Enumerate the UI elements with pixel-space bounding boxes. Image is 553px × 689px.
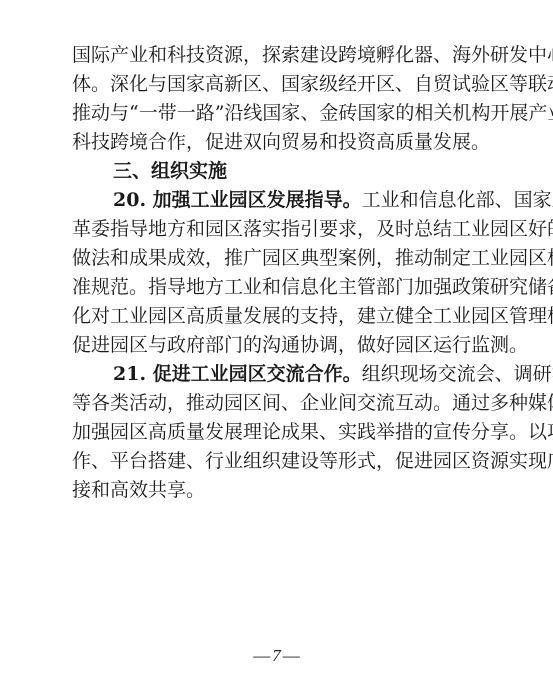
text-line: 促进园区与政府部门的沟通协调，做好园区运行监测。 xyxy=(72,331,486,360)
item-20-paragraph: 20. 加强工业园区发展指导。工业和信息化部、国家发展改 革委指导地方和园区落实… xyxy=(72,186,486,360)
text-line: 体。深化与国家高新区、国家级经开区、自贸试验区等联动发展， xyxy=(72,70,486,99)
section-heading: 三、组织实施 xyxy=(72,157,486,186)
item-21-first-line: 21. 促进工业园区交流合作。组织现场交流会、调研深度行 xyxy=(72,360,486,389)
item-21-paragraph: 21. 促进工业园区交流合作。组织现场交流会、调研深度行 等各类活动，推动园区间… xyxy=(72,360,486,505)
item-20-first-line-text: 工业和信息化部、国家发展改 xyxy=(362,189,553,211)
text-line: 等各类活动，推动园区间、企业间交流互动。通过多种媒体方式， xyxy=(72,389,486,418)
text-line: 接和高效共享。 xyxy=(72,476,486,505)
dash-left: — xyxy=(253,646,270,665)
item-20-first-line: 20. 加强工业园区发展指导。工业和信息化部、国家发展改 xyxy=(72,186,486,215)
dash-right: — xyxy=(283,646,300,665)
text-line: 科技跨境合作，促进双向贸易和投资高质量发展。 xyxy=(72,128,486,157)
page-number: —7— xyxy=(0,646,553,666)
item-21-title: 21. 促进工业园区交流合作。 xyxy=(113,363,362,385)
text-line: 国际产业和科技资源，探索建设跨境孵化器、海外研发中心等载 xyxy=(72,41,486,70)
text-line: 做法和成果成效，推广园区典型案例，推动制定工业园区相关标 xyxy=(72,244,486,273)
text-line: 推动与“一带一路”沿线国家、金砖国家的相关机构开展产业和 xyxy=(72,99,486,128)
continuation-paragraph: 国际产业和科技资源，探索建设跨境孵化器、海外研发中心等载 体。深化与国家高新区、… xyxy=(72,41,486,157)
text-line: 革委指导地方和园区落实指引要求，及时总结工业园区好的经验 xyxy=(72,215,486,244)
text-line: 作、平台搭建、行业组织建设等形式，促进园区资源实现广泛连 xyxy=(72,447,486,476)
text-line: 准规范。指导地方工业和信息化主管部门加强政策研究储备，强 xyxy=(72,273,486,302)
text-line: 化对工业园区高质量发展的支持，建立健全工业园区管理机制， xyxy=(72,302,486,331)
page-number-value: 7 xyxy=(270,646,283,665)
document-page: 国际产业和科技资源，探索建设跨境孵化器、海外研发中心等载 体。深化与国家高新区、… xyxy=(72,41,486,505)
text-line: 加强园区高质量发展理论成果、实践举措的宣传分享。以项目合 xyxy=(72,418,486,447)
item-20-title: 20. 加强工业园区发展指导。 xyxy=(113,189,362,211)
item-21-first-line-text: 组织现场交流会、调研深度行 xyxy=(362,363,553,385)
